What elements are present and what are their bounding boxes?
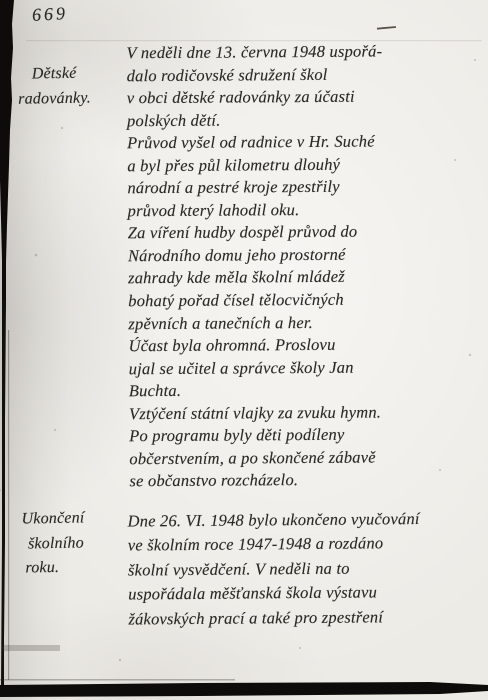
margin-note-line: školního [28, 531, 85, 556]
bottom-faint-line [0, 679, 235, 681]
handwritten-line: bohatý pořad čísel tělocvičných [128, 288, 484, 313]
body-text-section-1: V neděli dne 13. června 1948 uspořá- dal… [126, 40, 485, 493]
handwritten-line: Po programu byly děti podíleny [129, 423, 485, 448]
handwritten-line: v obci dětské radovánky za účasti [127, 85, 483, 110]
binding-shadow-top [0, 0, 14, 330]
handwritten-line: a byl přes půl kilometru dlouhý [127, 152, 483, 177]
handwritten-line: ujal se učitel a správce školy Jan [129, 355, 485, 380]
bottom-smudge [2, 645, 60, 651]
handwritten-line: uspořádala měšťanská škola výstavu [128, 580, 484, 608]
handwritten-line: zpěvních a tanečních a her. [128, 310, 484, 335]
handwritten-line: žákovských prací a také pro zpestření [128, 604, 484, 632]
bottom-scan-bar [0, 682, 488, 697]
top-right-dash [377, 26, 396, 29]
handwritten-line: školní vysvědčení. V neděli na to [128, 555, 484, 583]
handwritten-line: polských dětí. [127, 107, 483, 132]
handwritten-line: průvod který lahodil oku. [128, 198, 484, 223]
handwritten-line: dalo rodičovské sdružení škol [127, 62, 483, 87]
handwritten-line: Účast byla ohromná. Proslovu [128, 333, 484, 358]
handwritten-line: se občanstvo rozcházelo. [129, 468, 485, 493]
margin-note-line: Ukončení [21, 506, 84, 532]
handwritten-line: Za víření hudby dospěl průvod do [128, 220, 484, 245]
handwritten-line: občerstvením, a po skončené zábavě [129, 446, 485, 471]
handwritten-line: Vztýčení státní vlajky za zvuku hymn. [129, 401, 485, 426]
handwritten-line: Národního domu jeho prostorné [128, 243, 484, 268]
binding-line [1, 300, 6, 688]
handwritten-line: ve školním roce 1947-1948 a rozdáno [128, 531, 484, 559]
body-text-section-2: Dne 26. VI. 1948 bylo ukončeno vyučování… [127, 506, 484, 631]
handwritten-line: národní a pestré kroje zpestřily [127, 175, 483, 200]
handwritten-line: Buchta. [129, 378, 485, 403]
margin-note-line: radovánky. [18, 86, 91, 112]
handwritten-line: Průvod vyšel od radnice v Hr. Suché [127, 130, 483, 155]
binding-inner-line [8, 330, 9, 680]
handwritten-line: zahrady kde měla školní mládež [128, 265, 484, 290]
scanned-chronicle-page: 669 Dětské radovánky. V neděli dne 13. č… [0, 0, 488, 700]
page-number: 669 [31, 3, 68, 26]
handwritten-line: V neděli dne 13. června 1948 uspořá- [126, 40, 482, 65]
margin-note-line: roku. [25, 555, 85, 581]
margin-note-childrens-festivities: Dětské radovánky. [32, 61, 92, 111]
margin-note-line: Dětské [32, 61, 91, 87]
handwritten-line: Dne 26. VI. 1948 bylo ukončeno vyučování [127, 506, 483, 534]
margin-note-end-of-school-year: Ukončení školního roku. [21, 506, 85, 581]
